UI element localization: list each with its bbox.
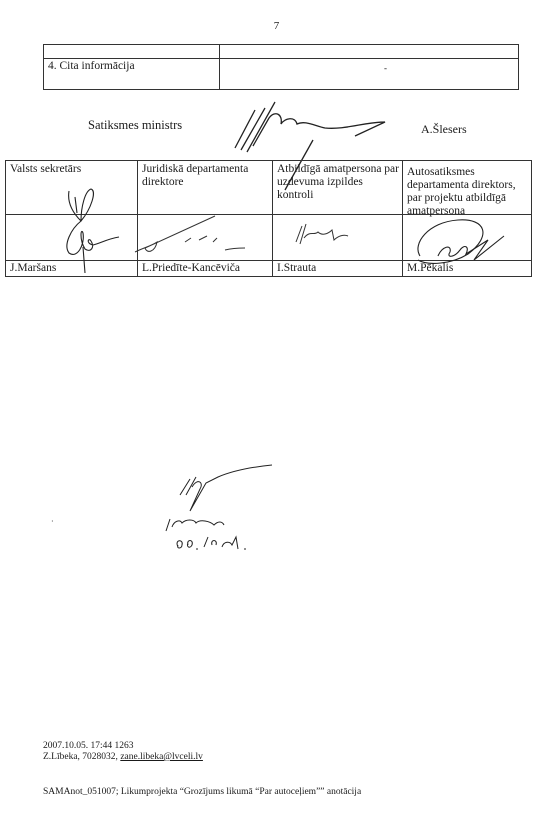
stray-mark: · [51, 517, 54, 526]
table-divider [272, 161, 273, 276]
footer-author-line: Z.Lībeka, 7028032, zane.libeka@lvceli.lv [43, 752, 203, 763]
footer-timestamp: 2007.10.05. 17:44 1263 [43, 741, 134, 752]
info-table: 4. Cita informācija - [43, 44, 519, 90]
other-info-label: 4. Cita informācija [48, 60, 135, 72]
minister-signature [225, 100, 385, 165]
signature-transport-director [408, 216, 518, 281]
page-number: 7 [0, 20, 553, 32]
footer-file-line: SAMAnot_051007; Likumprojekta “Grozījums… [43, 787, 361, 798]
role-state-secretary: Valsts sekretārs [10, 163, 134, 176]
role-legal-director: Juridiskā departamenta direktore [142, 163, 268, 189]
handwritten-approval-signature [160, 465, 280, 560]
table-divider [44, 58, 518, 59]
signature-control-official [292, 222, 352, 257]
signature-legal-director [125, 212, 255, 267]
minister-name: A.Šlesers [421, 122, 467, 137]
name-state-secretary: J.Maršans [10, 262, 56, 274]
role-transport-director: Autosatiksmes departamenta direktors, pa… [407, 166, 531, 218]
footer-author: Z.Lībeka, 7028032, [43, 752, 120, 762]
minister-title: Satiksmes ministrs [88, 118, 182, 133]
table-divider [402, 161, 403, 276]
name-control-official: I.Strauta [277, 262, 316, 274]
other-info-value: - [384, 63, 387, 73]
role-control-official: Atbildīgā amatpersona par uzdevuma izpil… [277, 163, 399, 202]
table-divider [219, 45, 220, 89]
signature-state-secretary [55, 183, 125, 288]
footer-email-link[interactable]: zane.libeka@lvceli.lv [120, 752, 203, 762]
